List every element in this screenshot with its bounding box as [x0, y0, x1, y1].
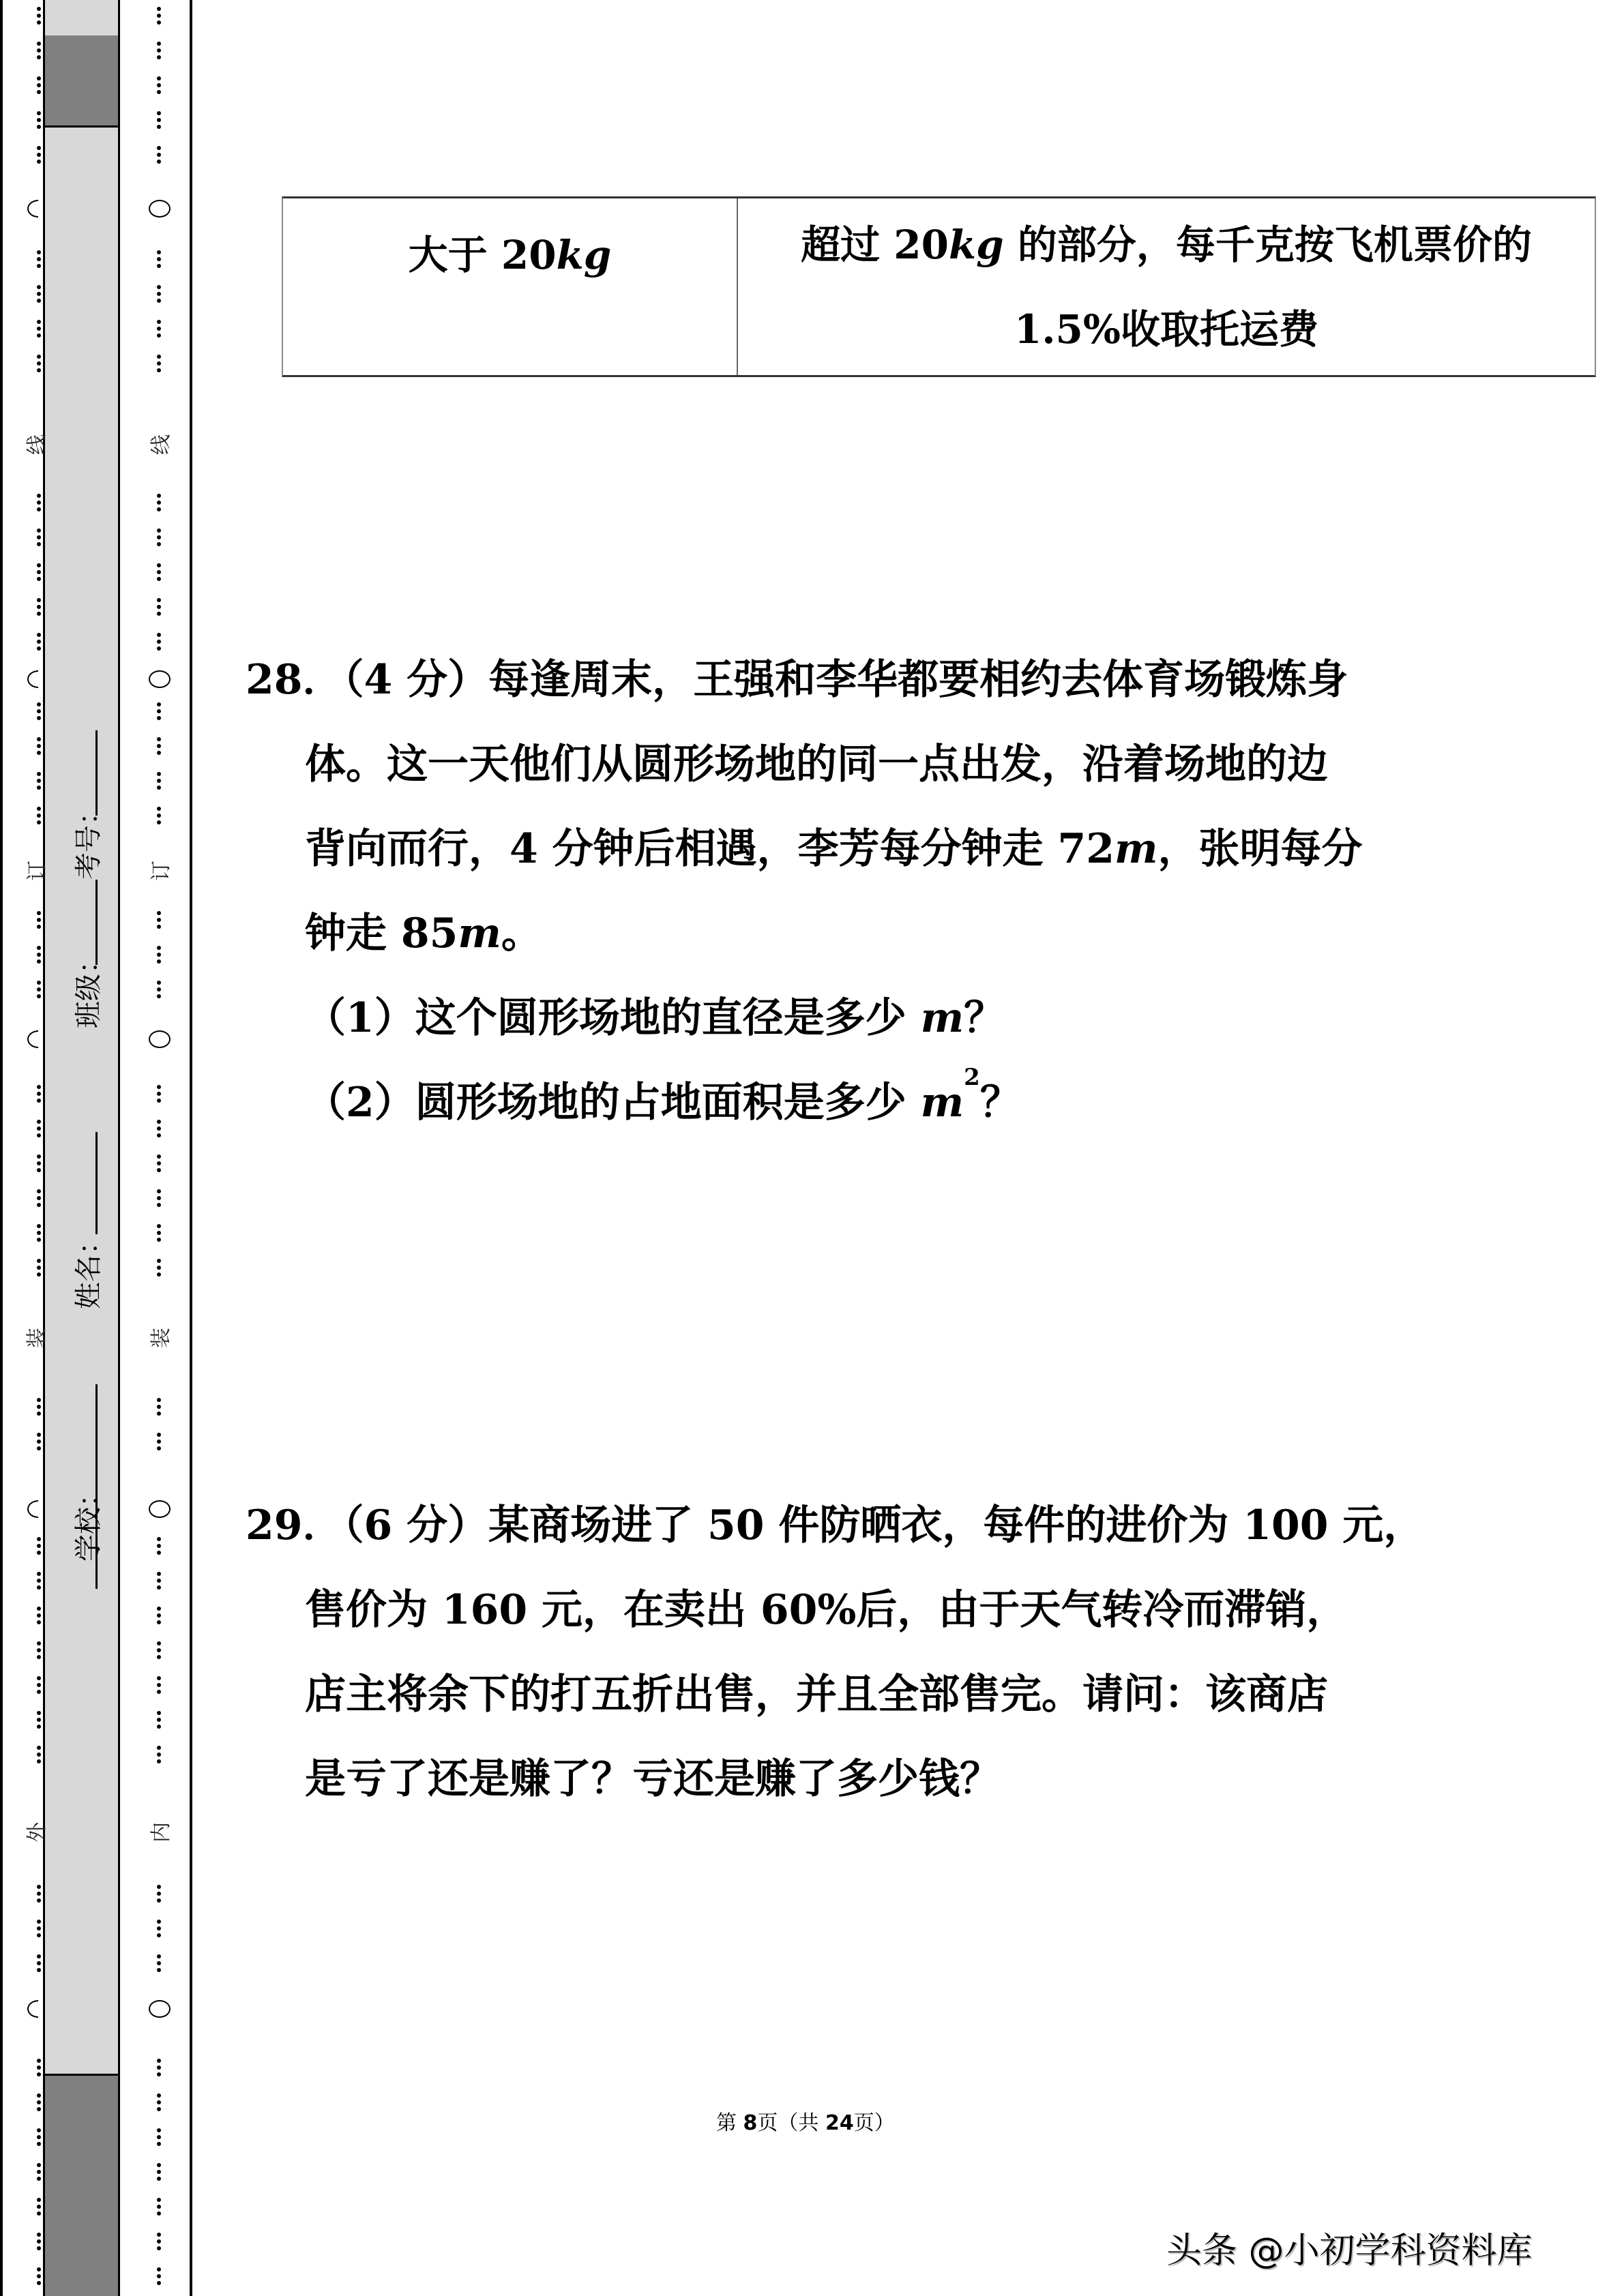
name-label: 姓名：: [67, 1227, 106, 1309]
cell-text: 超过 20: [801, 222, 949, 268]
dot-group: [35, 146, 42, 166]
dotted-cut-line-outer: [35, 0, 42, 2296]
question-text: ？: [980, 1079, 1021, 1127]
dot-group: [156, 2163, 162, 2183]
dot-group: [35, 285, 42, 305]
question-line: 29．（6 分）某商场进了 50 件防晒衣，每件的进价为 100 元，: [246, 1483, 1424, 1568]
class-input-line[interactable]: [95, 880, 98, 965]
dot-group: [35, 1607, 42, 1627]
dot-group: [156, 911, 162, 931]
footer-text: 页）: [854, 2111, 895, 2135]
question-number: 29．: [246, 1502, 344, 1549]
dot-group: [35, 1224, 42, 1244]
dot-group: [156, 1954, 162, 1975]
question-line: 28．（4 分）每逢周末，王强和李华都要相约去体育场锻炼身: [246, 638, 1363, 722]
question-line: 是亏了还是赚了？亏还是赚了多少钱？: [246, 1737, 1424, 1821]
binding-hole-icon: [149, 200, 171, 218]
unit-text: m: [921, 1079, 964, 1127]
baggage-fee-table: 大于 20kg 超过 20kg 的部分，每千克按飞机票价的 1.5%收取托运费: [282, 196, 1596, 377]
dot-group: [156, 2233, 162, 2253]
dot-group: [156, 2093, 162, 2114]
class-label: 班级：: [67, 946, 106, 1028]
footer-text: 第: [716, 2111, 743, 2135]
dot-group: [156, 111, 162, 132]
question-text: （1）这个圆形场地的直径是多少: [305, 994, 921, 1042]
cut-label-bind-inner: 装: [144, 1328, 174, 1348]
sub-question-1: （1）这个圆形场地的直径是多少 m？: [246, 976, 1363, 1060]
dot-group: [35, 2163, 42, 2183]
dot-group: [156, 598, 162, 618]
cut-label-inside: 内: [144, 1822, 174, 1843]
school-label: 学校：: [67, 1480, 106, 1562]
dot-group: [156, 946, 162, 966]
dot-group: [156, 2198, 162, 2218]
dot-group: [156, 528, 162, 549]
dot-group: [35, 1641, 42, 1662]
cell-text: 20: [501, 232, 557, 278]
question-text: ，张明每分: [1158, 825, 1363, 873]
dot-group: [156, 1259, 162, 1279]
dot-group: [156, 76, 162, 97]
cut-label-line-outer: 线: [20, 434, 50, 455]
name-input-line[interactable]: [95, 1132, 98, 1234]
cut-label-line-inner: 线: [144, 434, 174, 455]
binding-hole-icon: [149, 1030, 171, 1048]
dot-group: [35, 1711, 42, 1731]
dot-group: [35, 1885, 42, 1905]
dot-group: [156, 1641, 162, 1662]
question-28: 28．（4 分）每逢周末，王强和李华都要相约去体育场锻炼身 体。这一天他们从圆形…: [246, 638, 1363, 1145]
exam-number-input-line[interactable]: [95, 730, 98, 816]
question-score: （4 分）: [344, 656, 489, 704]
dot-group: [35, 911, 42, 931]
dot-group: [156, 633, 162, 653]
dot-group: [35, 1676, 42, 1697]
dot-group: [156, 1154, 162, 1175]
exam-number-label: 考号：: [67, 798, 106, 880]
dot-group: [156, 1746, 162, 1766]
question-number: 28．: [246, 656, 344, 704]
dot-group: [35, 2059, 42, 2079]
dot-group: [156, 1120, 162, 1140]
cell-text: 大于: [409, 232, 501, 278]
dot-group: [156, 1572, 162, 1592]
binding-margin: 线 线 订 订 装 装 外 内 学校： 姓名： 班级： 考号：: [0, 0, 192, 2296]
dot-group: [35, 1085, 42, 1105]
unit-text: kg: [557, 232, 612, 278]
unit-text: m: [921, 994, 964, 1042]
cut-label-bind-outer: 装: [20, 1328, 50, 1348]
dot-group: [156, 250, 162, 271]
dot-group: [156, 7, 162, 27]
question-29: 29．（6 分）某商场进了 50 件防晒衣，每件的进价为 100 元， 售价为 …: [246, 1483, 1424, 1821]
binding-hole-icon: [149, 2000, 171, 2018]
dot-group: [156, 2128, 162, 2149]
question-text: 某商场进了 50 件防晒衣，每件的进价为 100 元，: [488, 1502, 1424, 1549]
dot-group: [35, 2233, 42, 2253]
dot-group: [156, 1398, 162, 1418]
question-line: 钟走 85m。: [246, 891, 1363, 976]
dot-group: [35, 2093, 42, 2114]
dot-group: [35, 355, 42, 375]
dot-group: [35, 111, 42, 132]
dot-group: [156, 1085, 162, 1105]
question-line: 店主将余下的打五折出售，并且全部售完。请问：该商店: [246, 1652, 1424, 1737]
dot-group: [156, 702, 162, 723]
dot-group: [156, 737, 162, 758]
dot-group: [156, 2267, 162, 2288]
dot-group: [35, 7, 42, 27]
question-line: 背向而行，4 分钟后相遇，李芳每分钟走 72m，张明每分: [246, 807, 1363, 891]
question-text: 每逢周末，王强和李华都要相约去体育场锻炼身: [488, 656, 1348, 704]
table-cell-weight: 大于 20kg: [283, 198, 738, 375]
dot-group: [35, 946, 42, 966]
dot-group: [156, 2059, 162, 2079]
dot-group: [35, 772, 42, 792]
dot-group: [156, 1224, 162, 1244]
dot-group: [156, 1711, 162, 1731]
dot-group: [35, 2267, 42, 2288]
dot-group: [35, 1537, 42, 1557]
rule-line-2: 1.5%收取托运费: [738, 287, 1595, 372]
dot-group: [35, 1259, 42, 1279]
binding-hole-icon: [149, 1500, 171, 1518]
question-text: 背向而行，4 分钟后相遇，李芳每分钟走 72: [305, 825, 1114, 873]
dot-group: [35, 981, 42, 1001]
dot-group: [35, 598, 42, 618]
dot-group: [35, 250, 42, 271]
dot-group: [156, 1885, 162, 1905]
dot-group: [156, 320, 162, 340]
dot-group: [156, 1676, 162, 1697]
dot-group: [156, 1607, 162, 1627]
dot-group: [156, 807, 162, 827]
school-input-line[interactable]: [95, 1384, 98, 1589]
dot-group: [156, 1189, 162, 1210]
cut-label-outside: 外: [20, 1822, 50, 1843]
table-cell-rule: 超过 20kg 的部分，每千克按飞机票价的 1.5%收取托运费: [738, 178, 1595, 375]
cut-label-order-inner: 订: [144, 861, 174, 881]
question-line: 体。这一天他们从圆形场地的同一点出发，沿着场地的边: [246, 722, 1363, 807]
rule-line-1: 超过 20kg 的部分，每千克按飞机票价的: [738, 203, 1595, 287]
dot-group: [35, 1154, 42, 1175]
dot-group: [35, 563, 42, 584]
dot-group: [156, 355, 162, 375]
margin-border: [190, 0, 192, 2296]
dot-group: [35, 320, 42, 340]
dot-group: [35, 1920, 42, 1940]
strip-dark-block-top: [43, 35, 120, 128]
margin-border: [0, 0, 3, 2296]
dot-group: [35, 2128, 42, 2149]
dot-group: [35, 42, 42, 62]
dot-group: [35, 2198, 42, 2218]
dot-group: [35, 1189, 42, 1210]
dot-group: [156, 1537, 162, 1557]
cell-text: 的部分，每千克按飞机票价的: [1004, 222, 1532, 268]
dot-group: [156, 42, 162, 62]
dot-group: [35, 737, 42, 758]
total-pages: 24: [825, 2111, 854, 2135]
sub-question-2: （2）圆形场地的占地面积是多少 m2？: [246, 1060, 1363, 1145]
unit-text: kg: [949, 222, 1004, 268]
dot-group: [35, 1572, 42, 1592]
dot-group: [35, 633, 42, 653]
dot-group: [35, 1746, 42, 1766]
dot-group: [35, 1433, 42, 1453]
binding-hole-icon: [149, 670, 171, 688]
question-text: ？: [964, 994, 1005, 1042]
footer-text: 页（共: [757, 2111, 825, 2135]
unit-text: m: [1114, 825, 1158, 873]
dot-group: [156, 146, 162, 166]
dot-group: [156, 1920, 162, 1940]
info-strip: [43, 0, 120, 2296]
dot-group: [35, 528, 42, 549]
watermark: 头条 @小初学科资料库: [1166, 2222, 1533, 2273]
question-score: （6 分）: [344, 1502, 489, 1549]
dot-group: [35, 1398, 42, 1418]
dot-group: [156, 494, 162, 514]
dot-group: [156, 1433, 162, 1453]
dotted-cut-line-inner: [156, 0, 162, 2296]
dot-group: [35, 1120, 42, 1140]
current-page: 8: [743, 2111, 758, 2135]
dot-group: [35, 702, 42, 723]
page-number: 第 8页（共 24页）: [716, 2106, 895, 2136]
question-text: 。: [501, 910, 542, 957]
dot-group: [156, 981, 162, 1001]
dot-group: [156, 563, 162, 584]
question-line: 售价为 160 元，在卖出 60%后，由于天气转冷而滞销，: [246, 1568, 1424, 1652]
cut-label-order-outer: 订: [20, 861, 50, 881]
dot-group: [35, 1954, 42, 1975]
question-text: 钟走 85: [305, 910, 458, 957]
dot-group: [35, 807, 42, 827]
dot-group: [35, 494, 42, 514]
question-text: （2）圆形场地的占地面积是多少: [305, 1079, 921, 1127]
dot-group: [156, 772, 162, 792]
dot-group: [35, 76, 42, 97]
exponent: 2: [964, 1064, 980, 1091]
dot-group: [156, 285, 162, 305]
strip-dark-block-bottom: [43, 2074, 120, 2296]
unit-text: m: [458, 910, 501, 957]
